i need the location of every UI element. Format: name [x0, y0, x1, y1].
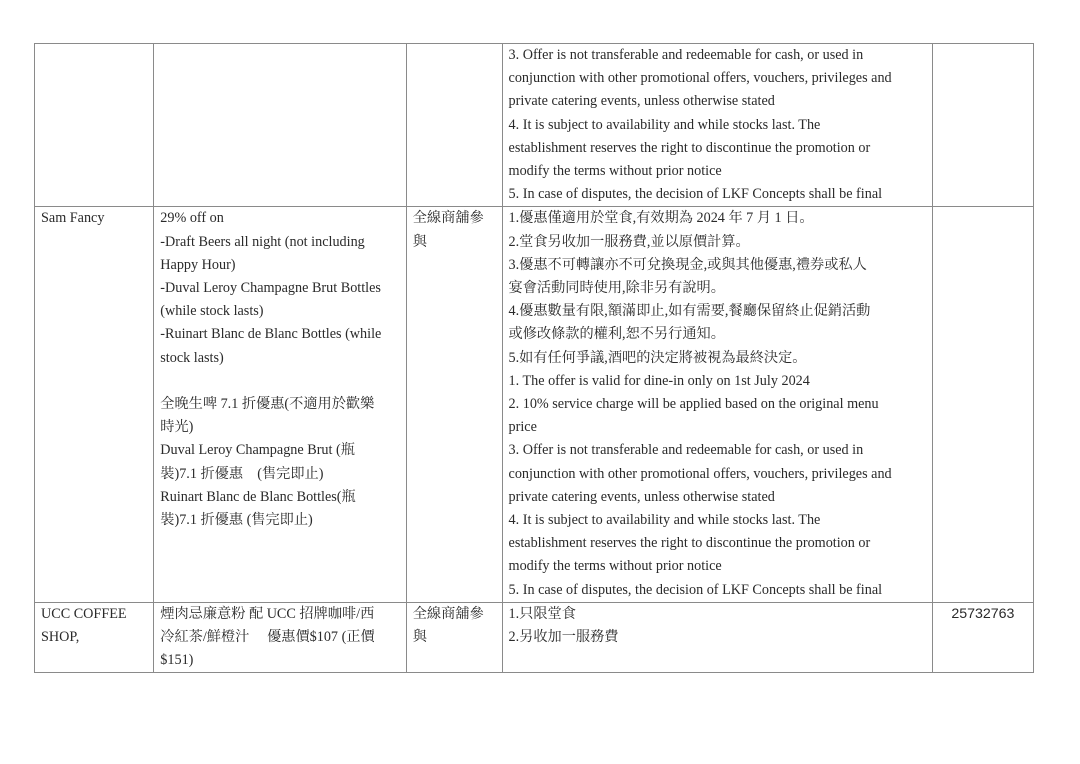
offer-line: 煙肉忌廉意粉 配 UCC 招牌咖啡/西 [160, 603, 399, 626]
terms-line: conjunction with other promotional offer… [509, 67, 926, 90]
table-row: Sam Fancy 29% off on -Draft Beers all ni… [35, 207, 1034, 602]
offer-line: Ruinart Blanc de Blanc Bottles(瓶 [160, 486, 399, 509]
terms-line: 3. Offer is not transferable and redeema… [509, 439, 926, 462]
table-row: UCC COFFEE SHOP, 煙肉忌廉意粉 配 UCC 招牌咖啡/西 冷紅茶… [35, 602, 1034, 673]
offer-line: -Draft Beers all night (not including [160, 231, 399, 254]
terms-line: 1. The offer is valid for dine-in only o… [509, 370, 926, 393]
terms-line: private catering events, unless otherwis… [509, 486, 926, 509]
offer-line: -Ruinart Blanc de Blanc Bottles (while [160, 323, 399, 346]
table-row: 3. Offer is not transferable and redeema… [35, 44, 1034, 207]
shop-name: Sam Fancy [41, 207, 147, 230]
participation-line: 全線商舖參 [413, 207, 496, 230]
phone-cell [932, 44, 1033, 207]
terms-line: 4. It is subject to availability and whi… [509, 509, 926, 532]
terms-line: conjunction with other promotional offer… [509, 463, 926, 486]
phone-cell: 25732763 [932, 602, 1033, 673]
terms-cell: 1.優惠僅適用於堂食,有效期為 2024 年 7 月 1 日。 2.堂食另收加一… [502, 207, 932, 602]
offer-line: Duval Leroy Champagne Brut (瓶 [160, 439, 399, 462]
terms-line: establishment reserves the right to disc… [509, 137, 926, 160]
offer-line: (while stock lasts) [160, 300, 399, 323]
terms-line: private catering events, unless otherwis… [509, 90, 926, 113]
terms-line: modify the terms without prior notice [509, 555, 926, 578]
blank-line [160, 370, 399, 393]
terms-line: establishment reserves the right to disc… [509, 532, 926, 555]
shop-name-cell [35, 44, 154, 207]
promotion-table: 3. Offer is not transferable and redeema… [34, 43, 1034, 673]
terms-line: 3.優惠不可轉讓亦不可兌換現金,或與其他優惠,禮券或私人 [509, 254, 926, 277]
offer-line: 冷紅茶/鮮橙汁 優惠價$107 (正價 [160, 626, 399, 649]
terms-line: 5. In case of disputes, the decision of … [509, 183, 926, 206]
terms-line: 3. Offer is not transferable and redeema… [509, 44, 926, 67]
terms-line: 2.堂食另收加一服務費,並以原價計算。 [509, 231, 926, 254]
terms-line: 1.只限堂食 [509, 603, 926, 626]
participation-cell: 全線商舖參 與 [406, 602, 502, 673]
phone-number: 25732763 [939, 603, 1027, 626]
terms-line: price [509, 416, 926, 439]
shop-name: UCC COFFEE [41, 603, 147, 626]
terms-line: 4. It is subject to availability and whi… [509, 114, 926, 137]
offer-line: Happy Hour) [160, 254, 399, 277]
terms-line: 宴會活動同時使用,除非另有說明。 [509, 277, 926, 300]
offer-line: $151) [160, 649, 399, 672]
terms-line: modify the terms without prior notice [509, 160, 926, 183]
offer-line: stock lasts) [160, 347, 399, 370]
phone-cell [932, 207, 1033, 602]
participation-line: 與 [413, 626, 496, 649]
participation-cell: 全線商舖參 與 [406, 207, 502, 602]
offer-line: 全晚生啤 7.1 折優惠(不適用於歡樂 [160, 393, 399, 416]
offer-line: 29% off on [160, 207, 399, 230]
shop-name: SHOP, [41, 626, 147, 649]
shop-name-cell: Sam Fancy [35, 207, 154, 602]
offer-line: 時光) [160, 416, 399, 439]
offer-cell: 煙肉忌廉意粉 配 UCC 招牌咖啡/西 冷紅茶/鮮橙汁 優惠價$107 (正價 … [154, 602, 406, 673]
offer-line: -Duval Leroy Champagne Brut Bottles [160, 277, 399, 300]
participation-line: 與 [413, 231, 496, 254]
shop-name-cell: UCC COFFEE SHOP, [35, 602, 154, 673]
offer-line: 裝)7.1 折優惠 (售完即止) [160, 463, 399, 486]
terms-line: 5. In case of disputes, the decision of … [509, 579, 926, 602]
terms-line: 2.另收加一服務費 [509, 626, 926, 649]
participation-line: 全線商舖參 [413, 603, 496, 626]
offer-cell: 29% off on -Draft Beers all night (not i… [154, 207, 406, 602]
terms-line: 1.優惠僅適用於堂食,有效期為 2024 年 7 月 1 日。 [509, 207, 926, 230]
offer-line: 裝)7.1 折優惠 (售完即止) [160, 509, 399, 532]
participation-cell [406, 44, 502, 207]
offer-cell [154, 44, 406, 207]
terms-cell: 3. Offer is not transferable and redeema… [502, 44, 932, 207]
terms-line: 或修改條款的權利,恕不另行通知。 [509, 323, 926, 346]
terms-cell: 1.只限堂食 2.另收加一服務費 [502, 602, 932, 673]
terms-line: 5.如有任何爭議,酒吧的決定將被視為最終決定。 [509, 347, 926, 370]
terms-line: 2. 10% service charge will be applied ba… [509, 393, 926, 416]
terms-line: 4.優惠數量有限,額滿即止,如有需要,餐廳保留終止促銷活動 [509, 300, 926, 323]
